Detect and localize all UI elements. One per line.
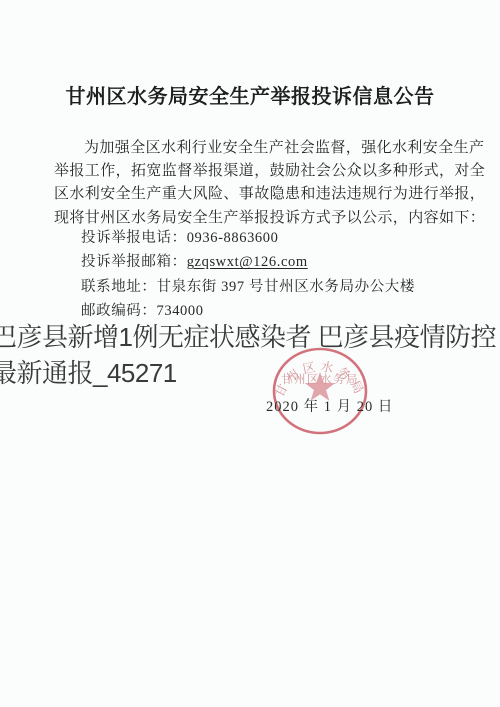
overlay-headline-line1: 巴彦县新增1例无症状感染者 巴彦县疫情防控: [0, 320, 496, 356]
contact-email-label: 投诉举报邮箱：: [81, 254, 187, 270]
overlay-headline: 巴彦县新增1例无症状感染者 巴彦县疫情防控 最新通报_45271: [0, 320, 496, 391]
date-stamp: 2020 年 1 月 20 日: [266, 399, 393, 416]
paragraph-line: 区水利安全生产重大风险、事故隐患和违法违规行为进行举报，: [54, 183, 485, 206]
overlay-headline-line2: 最新通报_45271: [0, 356, 496, 392]
paragraph-line: 举报工作，拓宽监督举报渠道，鼓励社会公众以多种形式，对全: [54, 160, 485, 183]
contact-email-line: 投诉举报邮箱：gzqswxt@126.com: [81, 250, 415, 274]
contact-phone-label: 投诉举报电话：: [81, 230, 187, 246]
paragraph-line: 为加强全区水利行业安全生产社会监督，强化水利安全生产: [54, 137, 485, 160]
contact-postcode-value: 734000: [157, 303, 204, 319]
contact-email-value: gzqswxt@126.com: [187, 254, 308, 270]
contact-address-label: 联系地址：: [81, 279, 157, 295]
contact-phone-line: 投诉举报电话：0936-8863600: [81, 226, 415, 250]
document-title: 甘州区水务局安全生产举报投诉信息公告: [0, 84, 500, 110]
scanned-notice-page: 甘州区水务局安全生产举报投诉信息公告 为加强全区水利行业安全生产社会监督，强化水…: [0, 0, 500, 707]
contact-postcode-label: 邮政编码：: [81, 303, 157, 319]
notice-paragraph: 为加强全区水利行业安全生产社会监督，强化水利安全生产 举报工作，拓宽监督举报渠道…: [54, 137, 485, 230]
contact-address-value: 甘泉东街 397 号甘州区水务局办公大楼: [157, 279, 416, 295]
contact-address-line: 联系地址：甘泉东街 397 号甘州区水务局办公大楼: [81, 275, 415, 299]
contact-phone-value: 0936-8863600: [187, 230, 279, 246]
contact-info-block: 投诉举报电话：0936-8863600 投诉举报邮箱：gzqswxt@126.c…: [81, 226, 415, 323]
